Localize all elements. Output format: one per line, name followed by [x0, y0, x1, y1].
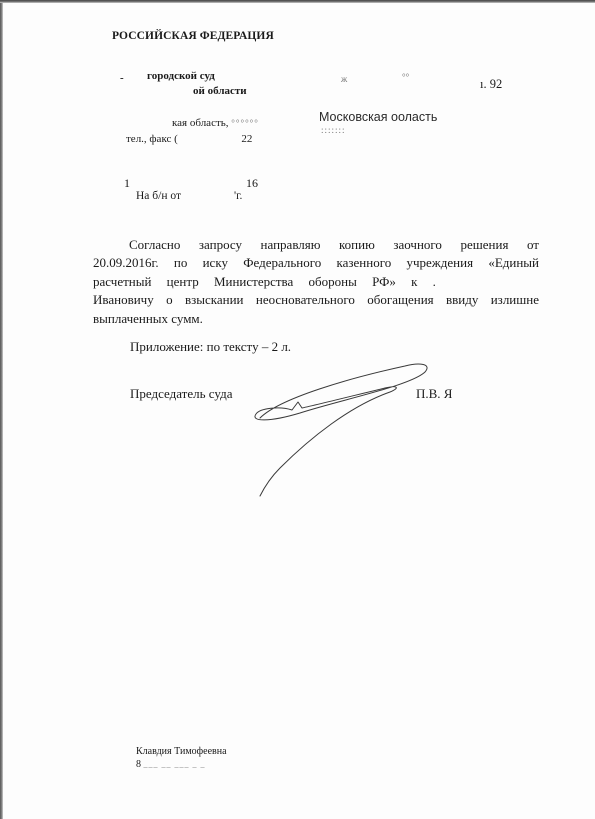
- scan-border-top: [0, 0, 595, 3]
- body-line: выплаченных сумм.: [93, 310, 539, 328]
- scanned-page: РОССИЙСКАЯ ФЕДЕРАЦИЯ - городской суд ой …: [0, 0, 595, 819]
- redaction-mark-right: °°: [402, 72, 409, 82]
- contact-person-name: Клавдия Тимофеевна: [136, 746, 227, 757]
- body-line: расчетный центр Министерства обороны РФ»…: [93, 273, 539, 291]
- reference-date-suffix: 'г.: [234, 190, 242, 202]
- body-line: Ивановичу о взыскании неосновательного о…: [93, 291, 539, 309]
- scan-border-left: [0, 0, 3, 819]
- body-line: Согласно запросу направляю копию заочног…: [93, 236, 539, 254]
- phone-fax-fragment: 22: [241, 133, 252, 145]
- outgoing-number-right: 16: [246, 176, 258, 191]
- court-phone-fax-line: тел., факс ( 22: [126, 133, 252, 145]
- letter-body: Согласно запросу направляю копию заочног…: [93, 236, 539, 328]
- recipient-redacted: :::::::: [321, 125, 346, 135]
- phone-fax-label: тел., факс (: [126, 133, 178, 145]
- recipient-region: Московская ооласть: [319, 110, 437, 124]
- redacted-phone: ___ __ ___ _ _: [144, 760, 206, 769]
- phone-prefix: 8: [136, 759, 141, 770]
- signer-title: Председатель суда: [130, 386, 232, 402]
- court-address-line1: кая область, °°°°°°: [172, 117, 259, 129]
- court-name-line2: ой области: [193, 85, 247, 97]
- redaction-mark: -: [120, 72, 124, 84]
- reference-label: На б/н от: [136, 190, 181, 202]
- contact-phone: 8 ___ __ ___ _ _: [136, 759, 206, 770]
- body-line: 20.09.2016г. по иску Федерального казенн…: [93, 254, 539, 272]
- outgoing-number-left: 1: [124, 176, 130, 191]
- handwritten-signature-icon: [240, 358, 470, 503]
- country-heading: РОССИЙСКАЯ ФЕДЕРАЦИЯ: [112, 30, 274, 42]
- redacted-postcode: °°°°°°: [231, 118, 259, 128]
- court-address-region: кая область,: [172, 117, 229, 129]
- recipient-house-number: ı. 92: [480, 77, 502, 92]
- court-name-line1: городской суд: [147, 70, 215, 82]
- redaction-mark-mid: ж: [341, 74, 347, 84]
- attachment-note: Приложение: по тексту – 2 л.: [130, 339, 291, 355]
